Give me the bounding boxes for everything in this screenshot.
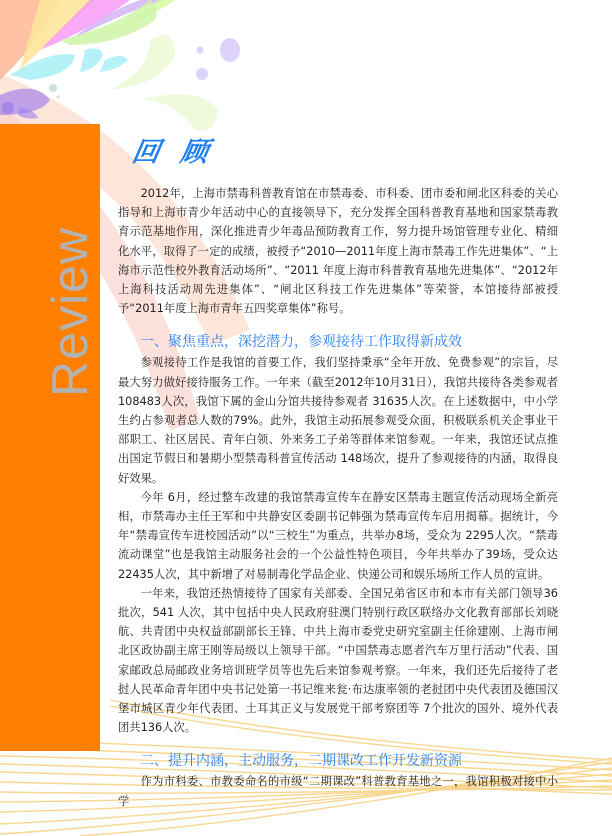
- section-1-paragraph-1: 参观接待工作是我馆的首要工作，我们坚持秉承“全年开放、免费参观”的宗旨，尽最大努…: [118, 353, 558, 487]
- section-2-paragraph-1: 作为市科委、市教委命名的市级“二期课改”科普教育基地之一，我馆积极对接中小学: [118, 772, 558, 810]
- article-body: 2012年，上海市禁毒科普教育馆在市禁毒委、市科委、团市委和闸北区科委的关心指导…: [118, 184, 558, 811]
- sidebar-band: [0, 124, 100, 751]
- section-heading-1: 一、聚焦重点，深挖潜力，参观接待工作取得新成效: [118, 332, 558, 352]
- section-1-paragraph-2: 今年 6月，经过整车改建的我馆禁毒宣传车在静安区禁毒主题宣传活动现场全新亮相，市…: [118, 488, 558, 584]
- section-heading-2: 二、提升内涵，主动服务，二期课改工作开发新资源: [118, 751, 558, 771]
- intro-paragraph: 2012年，上海市禁毒科普教育馆在市禁毒委、市科委、团市委和闸北区科委的关心指导…: [118, 184, 558, 318]
- section-1-paragraph-3: 一年来，我馆还热情接待了国家有关部委、全国兄弟省区市和本市有关部门领导36批次，…: [118, 584, 558, 738]
- page-title: 回 顾: [130, 130, 218, 169]
